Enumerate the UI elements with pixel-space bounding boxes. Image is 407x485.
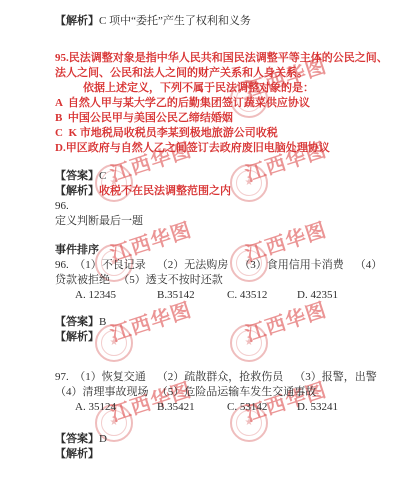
choice-d: D. 42351 <box>297 288 338 303</box>
question-96-line-1: 96. （1）不良记录 （2）无法购房 （3）食用信用卡消费 （4） <box>55 258 400 273</box>
document-content: 【解析】C 项中“委托”产生了权利和义务 95.民法调整对象是指中华人民共和国民… <box>55 14 400 462</box>
section-96-number: 96. <box>55 199 400 214</box>
question-96-choices: A. 12345B.35142C. 43512D. 42351 <box>55 288 400 303</box>
answer-value: C <box>99 170 106 182</box>
document-page: ★ 江西华图 ★ 江西华图 ★ 江西华图 ★ 江西华图 ★ 江西华图 ★ 江西华… <box>0 0 407 485</box>
analysis-label: 【解析】 <box>55 15 99 27</box>
question-95-line-3: 依据上述定义，下列不属于民法调整对象的是： <box>55 81 400 96</box>
choice-b: B.35142 <box>157 288 227 303</box>
answer-value: D <box>99 433 107 445</box>
analysis-96-line: 【解析】 <box>55 330 400 345</box>
question-96-line-2: 贷款被拒绝 （5）透支不按时还款 <box>55 273 400 288</box>
section-96-category: 事件排序 <box>55 243 400 258</box>
answer-label: 【答案】 <box>55 433 99 445</box>
choice-a: A. 12345 <box>75 288 157 303</box>
question-95-line-2: 法人之间、公民和法人之间的财产关系和人身关系。 <box>55 66 400 81</box>
answer-97-line: 【答案】D <box>55 432 400 447</box>
answer-label: 【答案】 <box>55 170 99 182</box>
analysis-text: 收税不在民法调整范围之内 <box>99 185 231 197</box>
choice-d: D. 53241 <box>297 400 338 415</box>
question-95-option-d: D.甲区政府与自然人乙之间签订去政府废旧电脑处理协议 <box>55 141 400 156</box>
question-95-option-a: A 自然人甲与某大学乙的后勤集团签订蔬菜供应协议 <box>55 96 400 111</box>
choice-c: C. 43512 <box>227 288 297 303</box>
answer-label: 【答案】 <box>55 316 99 328</box>
analysis-label: 【解析】 <box>55 185 99 197</box>
analysis-95-line: 【解析】收税不在民法调整范围之内 <box>55 184 400 199</box>
question-95-option-b: B 中国公民甲与美国公民乙缔结婚姻 <box>55 111 400 126</box>
answer-value: B <box>99 316 106 328</box>
section-96-note: 定义判断最后一题 <box>55 214 400 229</box>
analysis-label: 【解析】 <box>55 331 99 343</box>
answer-95-line: 【答案】C <box>55 169 400 184</box>
question-97-line-2: （4）清理事故现场 （5）危险品运输车发生交通事故 <box>55 385 400 400</box>
question-97-choices: A. 35124B.35421C. 53142D. 53241 <box>55 400 400 415</box>
analysis-label: 【解析】 <box>55 448 99 460</box>
choice-a: A. 35124 <box>75 400 157 415</box>
answer-96-line: 【答案】B <box>55 315 400 330</box>
analysis-97-line: 【解析】 <box>55 447 400 462</box>
analysis-text: C 项中“委托”产生了权利和义务 <box>99 15 251 27</box>
question-95-option-c: C K 市地税局收税员李某到极地旅游公司收税 <box>55 126 400 141</box>
question-97-line-1: 97. （1）恢复交通 （2）疏散群众，抢救伤员 （3）报警，出警 <box>55 370 400 385</box>
choice-c: C. 53142 <box>227 400 297 415</box>
analysis-line-top: 【解析】C 项中“委托”产生了权利和义务 <box>55 14 400 29</box>
choice-b: B.35421 <box>157 400 227 415</box>
question-95-line-1: 95.民法调整对象是指中华人民共和国民法调整平等主体的公民之间、 <box>55 51 400 66</box>
